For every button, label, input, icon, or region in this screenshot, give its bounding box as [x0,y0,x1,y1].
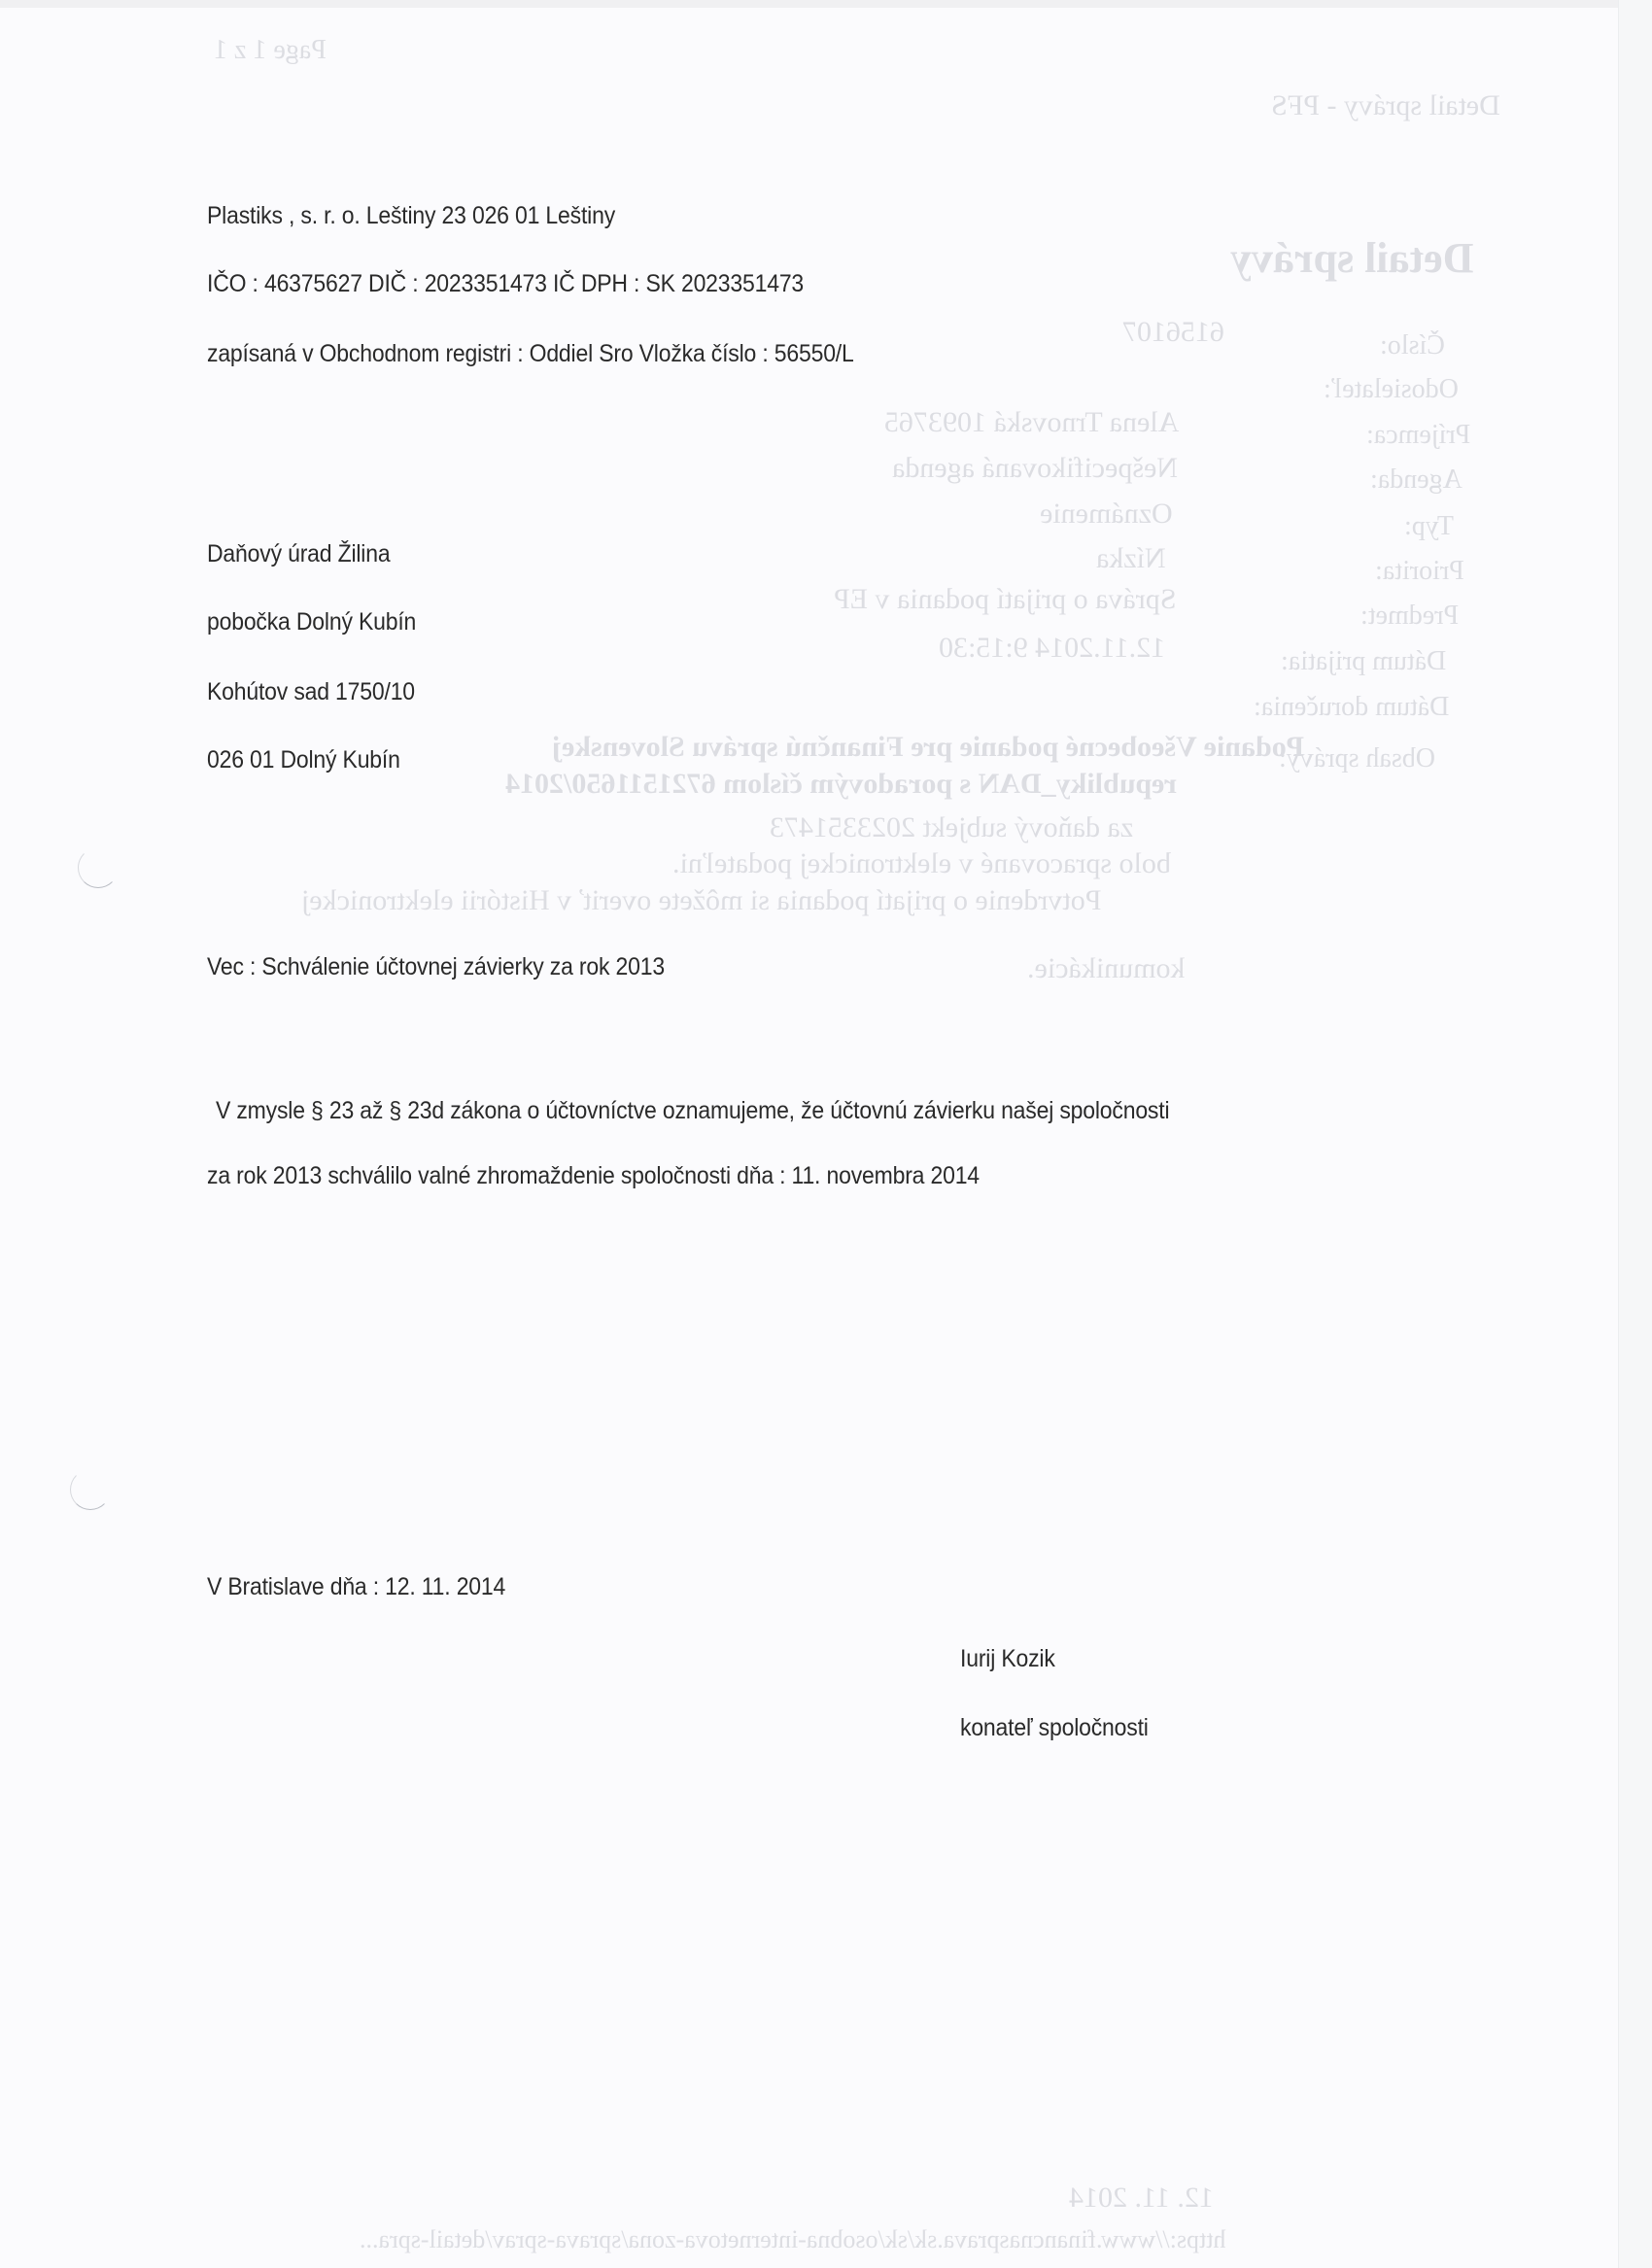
signatory-role: konateľ spoločnosti [960,1714,1149,1742]
signatory-name: Iurij Kozik [960,1645,1055,1673]
bleed-value: Správa o prijatí podania v EP [834,583,1176,616]
place-date: V Bratislave dňa : 12. 11. 2014 [207,1573,505,1601]
punch-hole-mark [70,1469,111,1510]
bleed-label: Predmet: [1360,601,1459,632]
bleed-title: Detail správy [1230,233,1474,283]
scan-right-edge [1618,0,1652,2268]
bleed-content-line: Podanie Všeobecné podanie pre Finančnú s… [552,731,1304,764]
bleed-value: Oznámenie [1040,498,1173,531]
recipient-branch: pobočka Dolný Kubín [207,608,416,636]
bleed-value: Nízka [1096,542,1166,575]
sender-ids: IČO : 46375627 DIČ : 2023351473 IČ DPH :… [207,270,804,298]
bleed-content-line: za daňový subjekt 2023351473 [770,811,1133,844]
sender-registry: zapísaná v Obchodnom registri : Oddiel S… [207,340,854,368]
bleed-label: Príjemca: [1366,420,1470,451]
bleed-footer-url: https://www.financnasprava.sk/sk/osobna-… [360,2225,1225,2254]
body-line-1: V zmysle § 23 až § 23d zákona o účtovníc… [216,1097,1169,1125]
bleed-value: 12.11.2014 9:15:30 [939,632,1165,665]
bleed-label: Priorita: [1375,556,1464,587]
bleed-page-counter: Page 1 z 1 [214,35,327,66]
bleed-label: Číslo: [1380,330,1445,361]
bleed-label: Dátum doručenia: [1254,692,1449,723]
subject-line: Vec : Schválenie účtovnej závierky za ro… [207,953,665,981]
bleed-content-line: bolo spracované v elektronickej podateľn… [672,847,1171,880]
bleed-value: Alena Trnovská 1093765 [884,406,1179,439]
bleed-value: 6156107 [1122,316,1224,349]
bleed-label: Agenda: [1370,464,1463,496]
bleed-label: Typ: [1404,511,1454,542]
bleed-content-line: komunikácie. [1027,952,1185,985]
bleed-header: Detail správy - PFS [1271,89,1500,122]
body-line-2: za rok 2013 schválilo valné zhromaždenie… [207,1162,980,1190]
scan-top-edge [0,0,1652,8]
bleed-footer-date: 12. 11. 2014 [1069,2182,1214,2215]
recipient-city: 026 01 Dolný Kubín [207,746,400,774]
recipient-name: Daňový úrad Žilina [207,540,390,568]
bleed-value: Nešpecifikovaná agenda [892,452,1178,485]
recipient-street: Kohútov sad 1750/10 [207,678,415,706]
bleed-label: Odosielateľ: [1324,374,1459,405]
sender-address: Plastiks , s. r. o. Leštiny 23 026 01 Le… [207,202,615,230]
bleed-content-line: republiky_DAN s poradovým číslom 6721511… [505,768,1177,801]
punch-hole-mark [78,847,119,888]
bleed-label: Dátum prijatia: [1281,646,1446,677]
bleed-content-line: Potvrdenie o prijatí podania si môžete o… [301,884,1101,917]
